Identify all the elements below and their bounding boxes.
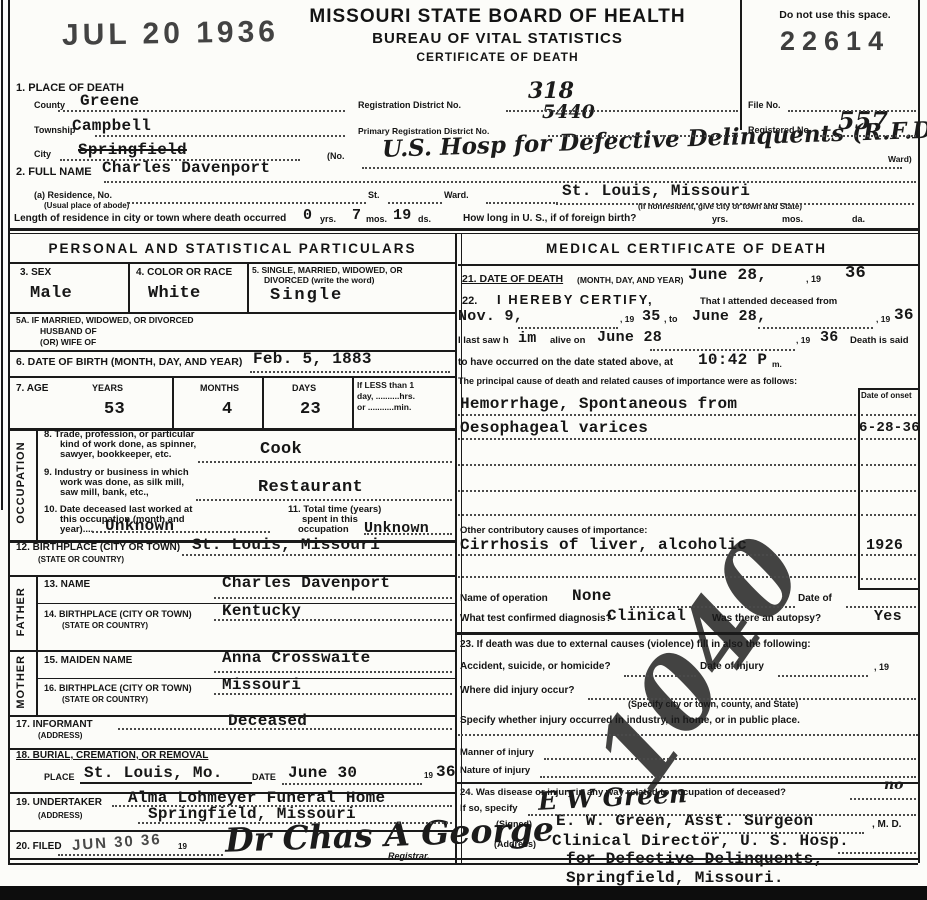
rule-line xyxy=(8,228,918,231)
dotted-line xyxy=(388,202,442,204)
alive-19-label: , 19 xyxy=(796,336,810,345)
him-value: im xyxy=(518,331,537,347)
length-of-residence-label: Length of residence in city or town wher… xyxy=(14,214,286,225)
dotted-line xyxy=(112,805,452,807)
dotted-line xyxy=(95,135,345,137)
undertaker-label: 19. UNDERTAKER xyxy=(16,798,102,809)
institution-no-label: (No. xyxy=(327,152,345,161)
foreign-ds-label: da. xyxy=(852,215,865,224)
death-said-label: Death is said xyxy=(850,336,909,346)
dotted-line xyxy=(624,675,696,677)
dotted-line xyxy=(846,606,916,608)
dotted-line xyxy=(458,734,918,736)
operation-label: Name of operation xyxy=(460,594,548,605)
dotted-line xyxy=(861,414,916,416)
birthplace-sub: (STATE OR COUNTRY) xyxy=(38,556,124,564)
time-m-label: m. xyxy=(772,360,782,369)
death-certificate-document: JUL 20 1936 MISSOURI STATE BOARD OF HEAL… xyxy=(0,0,927,900)
dotted-line xyxy=(704,832,864,834)
dotted-line xyxy=(458,414,856,416)
dotted-line xyxy=(544,758,916,760)
dotted-line xyxy=(60,159,300,161)
attended-from-value: Nov. 9, xyxy=(458,309,523,325)
occupation-vertical-label: OCCUPATION xyxy=(16,444,28,524)
hereby-certify-label: I HEREBY CERTIFY, xyxy=(497,293,654,307)
dotted-line xyxy=(758,327,873,329)
sex-value: Male xyxy=(30,285,72,303)
rule-line xyxy=(10,715,455,717)
residence-years-value: 0 xyxy=(303,208,312,224)
dotted-line xyxy=(214,671,452,673)
principal-cause-label: The principal cause of death and related… xyxy=(458,377,797,386)
dotted-line xyxy=(138,822,452,824)
father-vertical-label: FATHER xyxy=(16,572,28,652)
rule-line xyxy=(455,632,918,635)
registrar-label: Registrar. xyxy=(388,852,430,861)
dob-label: 6. DATE OF BIRTH (MONTH, DAY, AND YEAR) xyxy=(16,357,242,368)
dotted-line xyxy=(214,619,452,621)
rule-line xyxy=(10,830,455,832)
rule-line xyxy=(36,603,455,604)
filed-19-label: 19 xyxy=(178,843,187,851)
from-year-value: 35 xyxy=(642,309,661,325)
ds-label: ds. xyxy=(418,215,431,224)
dotted-line xyxy=(788,110,916,112)
dotted-line xyxy=(104,181,916,183)
marital-label-1: 5. SINGLE, MARRIED, WIDOWED, OR xyxy=(252,266,403,275)
dod-year-value: 36 xyxy=(845,265,866,283)
certificate-number: 22614 xyxy=(780,27,890,55)
address-line-3: Springfield, Missouri. xyxy=(566,870,784,887)
burial-19-label: 19 xyxy=(424,772,433,780)
rule-line xyxy=(1,0,3,510)
medical-certificate-header: MEDICAL CERTIFICATE OF DEATH xyxy=(455,242,918,256)
dotted-line xyxy=(128,202,366,204)
marital-label-2: DIVORCED (write the word) xyxy=(264,276,375,285)
rule-line xyxy=(10,428,455,431)
informant-label: 17. INFORMANT xyxy=(16,720,93,731)
date-of-death-value: June 28, xyxy=(688,267,767,284)
father-birthplace-value: Kentucky xyxy=(222,603,301,620)
trade-value: Cook xyxy=(260,441,302,459)
contributory-label: Other contributory causes of importance: xyxy=(460,526,647,536)
residence-days-value: 19 xyxy=(393,208,412,224)
dotted-line xyxy=(861,490,916,492)
rule-line xyxy=(8,863,918,865)
to-19-label: , 19 xyxy=(876,315,890,324)
5a-label-1: 5A. IF MARRIED, WIDOWED, OR DIVORCED xyxy=(16,316,194,325)
date-of-death-sub: (MONTH, DAY, AND YEAR) xyxy=(577,276,683,285)
rule-line xyxy=(10,575,455,577)
do-not-use-label: Do not use this space. xyxy=(752,10,918,21)
dotted-line xyxy=(486,202,558,204)
months-header: MONTHS xyxy=(200,384,239,393)
dotted-line xyxy=(861,464,916,466)
rule-line xyxy=(458,264,918,266)
date-of-onset-label: Date of onset xyxy=(861,392,912,400)
signed-label: (Signed) xyxy=(496,820,532,829)
less-than-day-3: or ...........min. xyxy=(357,403,411,412)
scan-edge-bar xyxy=(0,886,927,900)
rule-line xyxy=(858,388,918,390)
dotted-line xyxy=(58,110,345,112)
rule-line xyxy=(10,312,455,314)
full-name-value: Charles Davenport xyxy=(102,160,270,177)
rule-line xyxy=(172,376,174,428)
age-years-value: 53 xyxy=(104,401,125,419)
dotted-line xyxy=(214,597,452,599)
mother-birthplace-value: Missouri xyxy=(222,677,301,694)
rule-line xyxy=(10,650,455,652)
rule-line xyxy=(262,376,264,428)
dotted-line xyxy=(282,783,422,785)
rule-line xyxy=(10,350,455,352)
item-22-number: 22. xyxy=(462,296,477,308)
rule-line xyxy=(10,748,455,750)
dotted-line xyxy=(362,167,902,169)
md-label: , M. D. xyxy=(872,820,901,831)
attended-label: That I attended deceased from xyxy=(700,297,837,307)
dotted-line xyxy=(861,578,916,580)
ward-field-label: Ward. xyxy=(444,191,469,200)
father-name-value: Charles Davenport xyxy=(222,575,390,592)
last-saw-label: I last saw h xyxy=(458,336,509,346)
age-label: 7. AGE xyxy=(16,384,48,395)
rule-line xyxy=(36,678,455,679)
dotted-line xyxy=(838,852,916,854)
death-time-value: 10:42 P xyxy=(698,352,767,369)
dotted-line xyxy=(58,854,223,856)
dotted-line xyxy=(518,327,618,329)
years-header: YEARS xyxy=(92,384,123,393)
operation-value: None xyxy=(572,588,612,605)
burial-date-value: June 30 xyxy=(288,765,357,782)
burial-year-value: 36 xyxy=(436,764,456,781)
age-days-value: 23 xyxy=(300,401,321,419)
industry-label-3: saw mill, bank, etc., xyxy=(60,488,149,498)
rule-line xyxy=(80,782,252,784)
last-worked-label-3: year).... xyxy=(60,525,93,535)
to-label: , to xyxy=(664,315,678,324)
father-birthplace-sub: (STATE OR COUNTRY) xyxy=(62,622,148,630)
address-label: (Address) xyxy=(494,840,536,849)
marital-value: Single xyxy=(270,287,343,305)
file-no-label: File No. xyxy=(748,101,781,110)
dotted-line xyxy=(548,135,738,137)
dotted-line xyxy=(820,135,916,137)
residence-value: St. Louis, Missouri xyxy=(562,183,750,200)
burial-date-label: DATE xyxy=(252,773,276,782)
full-name-label: 2. FULL NAME xyxy=(16,167,92,179)
document-subtitle: BUREAU OF VITAL STATISTICS xyxy=(255,31,740,47)
dotted-line xyxy=(458,576,856,578)
city-value: Springfield xyxy=(78,142,187,159)
dotted-line xyxy=(458,514,856,516)
township-label: Township xyxy=(34,126,75,135)
ward-label: Ward) xyxy=(888,155,912,164)
rule-line xyxy=(8,233,918,234)
dotted-line xyxy=(588,698,916,700)
last-saw-date-value: June 28 xyxy=(597,330,662,346)
received-date-stamp: JUL 20 1936 xyxy=(62,16,279,51)
mother-vertical-label: MOTHER xyxy=(16,642,28,722)
trade-label-3: sawyer, bookkeeper, etc. xyxy=(60,450,171,460)
rule-line xyxy=(128,262,130,312)
dotted-line xyxy=(528,814,916,816)
dotted-line xyxy=(196,499,452,501)
registration-district-value: 318 xyxy=(528,80,574,103)
mother-name-value: Anna Crosswaite xyxy=(222,650,371,667)
test-label: What test confirmed diagnosis? xyxy=(460,614,612,625)
dod-19-label: , 19 xyxy=(806,275,821,284)
foreign-yrs-label: yrs. xyxy=(712,215,728,224)
onset-date-value: 6-28-36 xyxy=(859,421,920,436)
undertaker-sub: (ADDRESS) xyxy=(38,812,82,820)
rule-line xyxy=(10,262,455,264)
dotted-line xyxy=(506,110,738,112)
age-months-value: 4 xyxy=(222,401,233,419)
sex-label: 3. SEX xyxy=(20,268,51,279)
race-label: 4. COLOR OR RACE xyxy=(136,268,232,279)
rule-line xyxy=(918,0,920,863)
cause-line-2: Oesophageal varices xyxy=(460,420,648,437)
foreign-mos-label: mos. xyxy=(782,215,803,224)
contributory-onset-value: 1926 xyxy=(866,538,903,554)
rule-line xyxy=(740,0,742,130)
5a-label-2: HUSBAND OF xyxy=(40,327,97,336)
rule-line xyxy=(352,376,354,428)
dob-value: Feb. 5, 1883 xyxy=(253,351,372,368)
filed-label: 20. FILED xyxy=(16,842,62,853)
dotted-line xyxy=(540,776,916,778)
accident-label: Accident, suicide, or homicide? xyxy=(460,662,611,673)
alive-year-value: 36 xyxy=(820,330,839,346)
county-value: Greene xyxy=(80,93,139,110)
dotted-line xyxy=(198,461,452,463)
attended-to-value: June 28, xyxy=(692,309,766,325)
rule-line xyxy=(455,782,918,784)
foreign-birth-label: How long in U. S., if of foreign birth? xyxy=(463,214,636,225)
rule-line xyxy=(10,540,455,543)
dotted-line xyxy=(182,554,452,556)
dotted-line xyxy=(861,554,916,556)
rule-line xyxy=(247,262,249,312)
alive-on-label: alive on xyxy=(550,336,585,346)
father-name-label: 13. NAME xyxy=(44,580,90,591)
personal-particulars-header: PERSONAL AND STATISTICAL PARTICULARS xyxy=(10,242,455,256)
dotted-line xyxy=(458,438,856,440)
address-line-1: Clinical Director, U. S. Hosp. xyxy=(552,833,849,850)
document-title: MISSOURI STATE BOARD OF HEALTH xyxy=(255,7,740,27)
rule-line xyxy=(10,792,455,794)
less-than-day-1: If LESS than 1 xyxy=(357,381,414,390)
filed-date-stamp: JUN 30 36 xyxy=(72,832,163,854)
dotted-line xyxy=(630,606,795,608)
nature-of-injury-label: Nature of injury xyxy=(460,766,530,776)
manner-of-injury-label: Manner of injury xyxy=(460,748,534,758)
less-than-day-2: day, ..........hrs. xyxy=(357,392,415,401)
q24-answer: no xyxy=(884,778,904,793)
mother-birthplace-sub: (STATE OR COUNTRY) xyxy=(62,696,148,704)
rule-line xyxy=(858,388,860,588)
5a-label-3: (OR) WIFE OF xyxy=(40,338,96,347)
dotted-line xyxy=(850,798,916,800)
from-19-label: , 19 xyxy=(620,315,634,324)
total-time-label-3: occupation xyxy=(298,525,349,535)
rule-line xyxy=(8,0,10,863)
occurred-label: to have occurred on the date stated abov… xyxy=(458,358,673,369)
residence-months-value: 7 xyxy=(352,208,361,224)
primary-district-value: 5440 xyxy=(542,103,595,123)
registration-district-label: Registration District No. xyxy=(358,101,461,110)
dotted-line xyxy=(214,693,452,695)
rule-line xyxy=(10,376,455,378)
rule-line xyxy=(36,575,38,650)
dotted-line xyxy=(364,533,452,535)
burial-place-value: St. Louis, Mo. xyxy=(84,765,223,782)
if-so-label: If so, specify xyxy=(460,804,518,814)
mother-birthplace-label: 16. BIRTHPLACE (CITY OR TOWN) xyxy=(44,684,192,693)
rule-line xyxy=(36,428,38,540)
days-header: DAYS xyxy=(292,384,316,393)
street-label: St. xyxy=(368,191,380,200)
mos-label: mos. xyxy=(366,215,387,224)
rule-line xyxy=(8,858,918,860)
dotted-line xyxy=(250,371,450,373)
industry-value: Restaurant xyxy=(258,479,363,497)
dotted-line xyxy=(458,490,856,492)
abode-note: (Usual place of abode) xyxy=(44,202,129,210)
autopsy-value: Yes xyxy=(874,609,902,625)
contributory-value: Cirrhosis of liver, alcoholic xyxy=(460,537,747,554)
document-type: CERTIFICATE OF DEATH xyxy=(255,51,740,64)
informant-sub: (ADDRESS) xyxy=(38,732,82,740)
burial-place-label: PLACE xyxy=(44,773,75,782)
birthplace-label: 12. BIRTHPLACE (CITY OR TOWN) xyxy=(16,543,180,554)
city-label: City xyxy=(34,150,51,159)
dotted-line xyxy=(458,554,856,556)
dotted-line xyxy=(118,728,452,730)
dotted-line xyxy=(92,531,270,533)
rule-line xyxy=(36,650,38,715)
dotted-line xyxy=(556,203,914,205)
dotted-line xyxy=(861,438,916,440)
dotted-line xyxy=(778,675,868,677)
race-value: White xyxy=(148,285,201,303)
burial-label: 18. BURIAL, CREMATION, OR REMOVAL xyxy=(16,751,208,762)
cause-line-1: Hemorrhage, Spontaneous from xyxy=(460,396,737,413)
where-injury-label: Where did injury occur? xyxy=(460,686,574,697)
father-birthplace-label: 14. BIRTHPLACE (CITY OR TOWN) xyxy=(44,610,192,619)
township-value: Campbell xyxy=(72,118,151,135)
dotted-line xyxy=(458,464,856,466)
institution-handwritten: U.S. Hosp for Defective Delinquents (R.F… xyxy=(382,118,927,162)
yrs-label: yrs. xyxy=(320,215,336,224)
residence-label: (a) Residence, No. xyxy=(34,191,112,200)
case-number-scrawl: 1040 xyxy=(576,520,822,808)
rule-line xyxy=(461,233,462,863)
date-of-death-label: 21. DATE OF DEATH xyxy=(462,274,563,285)
to-year-value: 36 xyxy=(894,307,914,324)
dotted-line xyxy=(650,349,795,351)
injury-19-label: , 19 xyxy=(874,663,889,672)
rule-line xyxy=(455,233,457,863)
dotted-line xyxy=(861,514,916,516)
rule-line xyxy=(858,588,918,590)
mother-name-label: 15. MAIDEN NAME xyxy=(44,656,132,667)
